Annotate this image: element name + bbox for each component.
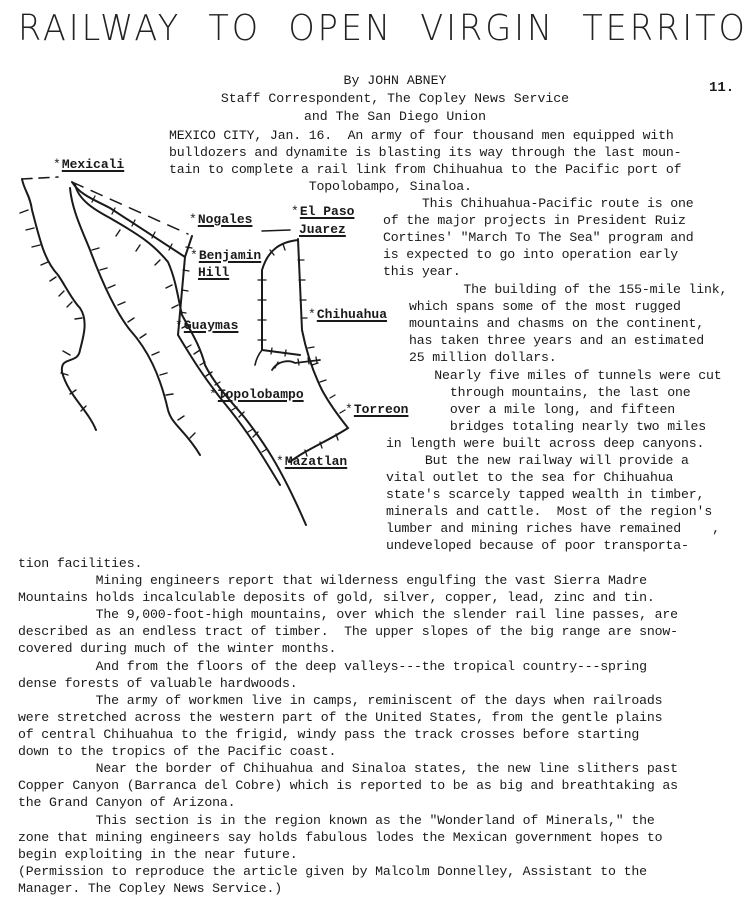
text-line: Cortines' "March To The Sea" program and <box>383 230 694 246</box>
star-icon: * <box>276 454 284 469</box>
text-line: undeveloped because of poor transporta- <box>386 538 689 554</box>
star-icon: * <box>189 212 197 227</box>
city-nogales: *Nogales <box>189 212 252 227</box>
page-number: 11. <box>709 80 734 96</box>
text-line: tion facilities. <box>18 556 142 572</box>
city-mexicali: *Mexicali <box>53 157 124 172</box>
text-line: Topolobampo, Sinaloa. <box>169 179 472 195</box>
text-line: the Grand Canyon of Arizona. <box>18 795 235 811</box>
text-line: Mountains holds incalculable deposits of… <box>18 590 655 606</box>
affiliation-line: Staff Correspondent, The Copley News Ser… <box>180 90 610 108</box>
text-line: which spans some of the most rugged <box>409 299 681 315</box>
text-line: this year. <box>383 264 461 280</box>
city-torreon: *Torreon <box>345 402 408 417</box>
text-line: over a mile long, and fifteen <box>411 402 675 418</box>
text-line: of the major projects in President Ruiz <box>383 213 686 229</box>
text-line: state's scarcely tapped wealth in timber… <box>386 487 704 503</box>
city-chihuahua: *Chihuahua <box>308 307 387 322</box>
map-drawing <box>0 150 420 550</box>
text-line: in length were built across deep canyons… <box>386 436 704 452</box>
text-line: Copper Canyon (Barranca del Cobre) which… <box>18 778 678 794</box>
text-line: zone that mining engineers say holds fab… <box>18 830 662 846</box>
byline: By JOHN ABNEY Staff Correspondent, The C… <box>180 72 610 126</box>
text-line: This Chihuahua-Pacific route is one <box>383 196 694 212</box>
text-line: has taken three years and an estimated <box>409 333 704 349</box>
text-line: were stretched across the western part o… <box>18 710 662 726</box>
city-benjamin-hill-2: Hill <box>198 265 229 280</box>
text-line: of central Chihuahua to the frigid, wind… <box>18 727 639 743</box>
star-icon: * <box>291 204 299 219</box>
city-juarez: Juarez <box>299 222 346 237</box>
text-line: (Permission to reproduce the article giv… <box>18 864 647 880</box>
text-line: tain to complete a rail link from Chihua… <box>169 162 681 178</box>
star-icon: * <box>209 387 217 402</box>
text-line: The 9,000-foot-high mountains, over whic… <box>18 607 678 623</box>
city-el-paso: *El Paso <box>291 204 354 219</box>
text-line: is expected to go into operation early <box>383 247 678 263</box>
text-line: This section is in the region known as t… <box>18 813 655 829</box>
text-line: The army of workmen live in camps, remin… <box>18 693 662 709</box>
text-line: Nearly five miles of tunnels were cut <box>411 368 722 384</box>
text-line: vital outlet to the sea for Chihuahua <box>386 470 673 486</box>
railway-map: *Mexicali *Nogales *El Paso Juarez *Benj… <box>0 150 420 550</box>
city-guaymas: *Guaymas <box>175 318 238 333</box>
text-line: covered during much of the winter months… <box>18 641 336 657</box>
text-line: The building of the 155-mile link, <box>409 282 727 298</box>
city-mazatlan: *Mazatlan <box>276 454 347 469</box>
text-line: through mountains, the last one <box>411 385 691 401</box>
text-line: bridges totaling nearly two miles <box>411 419 706 435</box>
text-line: Mining engineers report that wilderness … <box>18 573 647 589</box>
city-benjamin-hill: *Benjamin <box>190 248 261 263</box>
text-line: minerals and cattle. Most of the region'… <box>386 504 712 520</box>
headline: RAILWAY TO OPEN VIRGIN TERRITORY <box>18 8 750 49</box>
publication-line: and The San Diego Union <box>180 108 610 126</box>
text-line: dense forests of valuable hardwoods. <box>18 676 298 692</box>
text-line: begin exploiting in the near future. <box>18 847 298 863</box>
text-line: bulldozers and dynamite is blasting its … <box>169 145 681 161</box>
star-icon: * <box>175 318 183 333</box>
text-line: down to the tropics of the Pacific coast… <box>18 744 336 760</box>
text-line: described as an endless tract of timber.… <box>18 624 678 640</box>
author-line: By JOHN ABNEY <box>180 72 610 90</box>
text-line: mountains and chasms on the continent, <box>409 316 704 332</box>
city-topolobampo: *Topolobampo <box>209 387 304 402</box>
text-line: 25 million dollars. <box>409 350 557 366</box>
text-line: But the new railway will provide a <box>386 453 689 469</box>
text-line: Manager. The Copley News Service.) <box>18 881 282 897</box>
text-line: And from the floors of the deep valleys-… <box>18 659 647 675</box>
star-icon: * <box>53 157 61 172</box>
text-line: Near the border of Chihuahua and Sinaloa… <box>18 761 678 777</box>
star-icon: * <box>308 307 316 322</box>
text-line: MEXICO CITY, Jan. 16. An army of four th… <box>169 128 674 144</box>
star-icon: * <box>190 248 198 263</box>
text-line: lumber and mining riches have remained , <box>386 521 720 537</box>
star-icon: * <box>345 402 353 417</box>
